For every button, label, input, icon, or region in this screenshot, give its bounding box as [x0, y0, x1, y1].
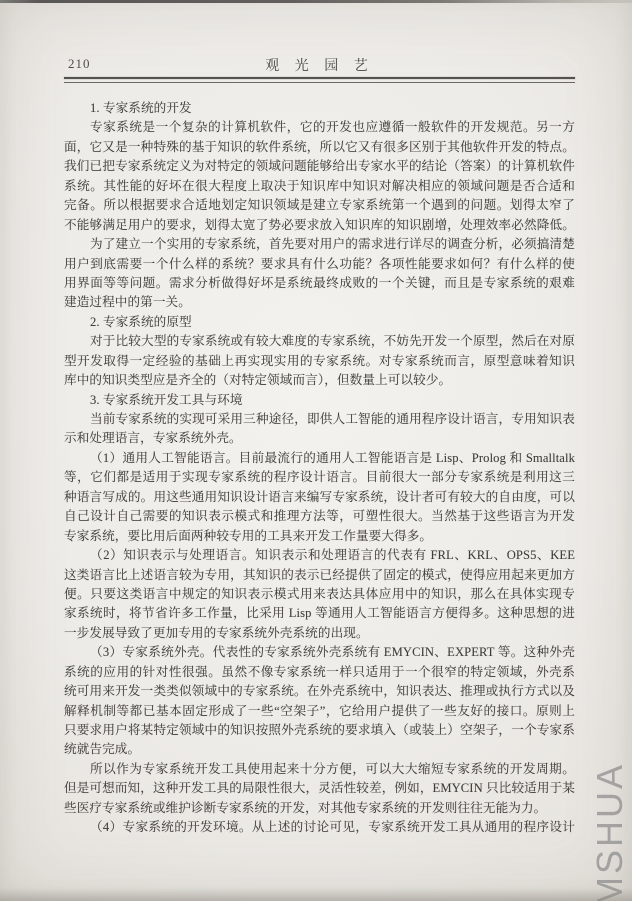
text-line: 示和处理语言，专家系统外壳。 — [64, 429, 575, 448]
text-line: 用户到底需要一个什么样的系统？要求具有什么功能？各项性能要求如何？有什么样的使 — [64, 255, 575, 274]
text-line: （2）知识表示与处理语言。知识表示和处理语言的代表有 FRL、KRL、OPS5、… — [64, 546, 575, 565]
text-line: 系统的应用的针对性很强。虽然不像专家系统一样只适用于一个很窄的特定领域，外壳系 — [64, 663, 575, 682]
text-line: 对于比较大型的专家系统或有较大难度的专家系统，不妨先开发一个原型，然后在对原 — [64, 332, 575, 351]
scanned-page: 210 观 光 园 艺 1. 专家系统的开发专家系统是一个复杂的计算机软件，它的… — [0, 0, 632, 901]
text-line: 不能够满足用户的要求，划得太宽了势必要求放入知识库的知识剧增，处理效率必然降低。 — [64, 216, 575, 235]
text-line: 我们已把专家系统定义为对特定的领域问题能够给出专家水平的结论（答案）的计算机软件 — [64, 157, 575, 176]
text-line: 所以作为专家系统开发工具使用起来十分方便，可以大大缩短专家系统的开发周期。 — [64, 760, 575, 779]
scan-top-edge — [0, 0, 632, 3]
text-line: 但是可想而知，这种开发工具的局限性很大，灵活性较差，例如，EMYCIN 只比较适… — [64, 779, 575, 798]
text-line: 自己设计自己需要的知识表示模式和推理方法等，可塑性很大。当然基于这些语言为开发 — [64, 507, 575, 526]
text-line: 面，它又是一种特殊的基于知识的软件系统，所以它又有很多区别于其他软件开发的特点。 — [64, 138, 575, 157]
text-line: 一步发展导致了更加专用的专家系统外壳系统的出现。 — [64, 624, 575, 643]
text-line: 型开发取得一定经验的基础上再实现实用的专家系统。对专家系统而言，原型意味着知识 — [64, 352, 575, 371]
text-line: 种语言写成的。用这些通用知识设计语言来编写专家系统，设计者可有较大的自由度，可以 — [64, 488, 575, 507]
text-line: （1）通用人工智能语言。目前最流行的通用人工智能语言是 Lisp、Prolog … — [64, 449, 575, 468]
text-line: 当前专家系统的实现可采用三种途径，即供人工智能的通用程序设计语言，专用知识表 — [64, 410, 575, 429]
text-line: 库中的知识类型应是齐全的（对特定领域而言），但数量上可以较少。 — [64, 371, 575, 390]
text-line: 这类语言比上述语言较为专用，其知识的表示已经提供了固定的模式，使得应用起来更加方 — [64, 566, 575, 585]
text-line: 些医疗专家系统或维护诊断专家系统的开发，对其他专家系统的开发则往往无能为力。 — [64, 799, 575, 818]
text-line: 统可用来开发一类类似领域中的专家系统。在外壳系统中，知识表达、推理或执行方式以及 — [64, 682, 575, 701]
text-line: 等，它们都是适用于实现专家系统的程序设计语言。目前很大一部分专家系统是利用这三 — [64, 468, 575, 487]
text-line: 为了建立一个实用的专家系统，首先要对用户的需求进行详尽的调查分析，必须搞清楚 — [64, 235, 575, 254]
text-line: 便。只要这类语言中规定的知识表示模式用来表达具体应用中的知识，那么在具体实现专 — [64, 585, 575, 604]
header-rule-thin-line — [64, 82, 575, 83]
text-line: 专家系统是一个复杂的计算机软件，它的开发也应遵循一般软件的开发规范。另一方 — [64, 118, 575, 137]
text-line: 2. 专家系统的原型 — [64, 313, 575, 332]
text-line: 系统。其性能的好坏在很大程度上取决于知识库中知识对解决相应的领域问题是否合适和 — [64, 177, 575, 196]
text-line: 家系统时，将节省许多工作量，比采用 Lisp 等通用人工智能语言方便得多。这种思… — [64, 604, 575, 623]
header-rule-thick-line — [64, 77, 575, 79]
text-line: （3）专家系统外壳。代表性的专家系统外壳系统有 EMYCIN、EXPERT 等。… — [64, 643, 575, 662]
text-line: 只要求用户将某特定领域中的知识按照外壳系统的要求填入（或装上）空架子，一个专家系 — [64, 721, 575, 740]
header-rule — [64, 77, 575, 83]
page-body: 1. 专家系统的开发专家系统是一个复杂的计算机软件，它的开发也应遵循一般软件的开… — [64, 99, 575, 838]
text-line: 3. 专家系统开发工具与环境 — [64, 391, 575, 410]
watermark-text: MSHUA — [589, 762, 631, 901]
text-line: 1. 专家系统的开发 — [64, 99, 575, 118]
text-line: 建造过程中的第一关。 — [64, 293, 575, 312]
scan-bottom-edge — [0, 888, 632, 901]
text-line: 统就告完成。 — [64, 740, 575, 759]
running-title: 观 光 园 艺 — [265, 55, 374, 75]
text-line: 专家系统，要比用后面两种较专用的工具来开发工作量要大得多。 — [64, 527, 575, 546]
text-line: 解释机制等都已基本固定形成了一些“空架子”，它给用户提供了一些友好的接口。原则上 — [64, 702, 575, 721]
page-header: 210 观 光 园 艺 — [65, 54, 574, 74]
text-line: （4）专家系统的开发环境。从上述的讨论可见，专家系统开发工具从通用的程序设计语 — [64, 818, 575, 837]
text-line: 用界面等等问题。需求分析做得好坏是系统最终成败的一个关键，而且是专家系统的艰难 — [64, 274, 575, 293]
page-number: 210 — [68, 56, 91, 72]
text-line: 完备。所以根据要求合适地划定知识领域是建立专家系统第一个遇到的问题。划得太窄了 — [64, 196, 575, 215]
